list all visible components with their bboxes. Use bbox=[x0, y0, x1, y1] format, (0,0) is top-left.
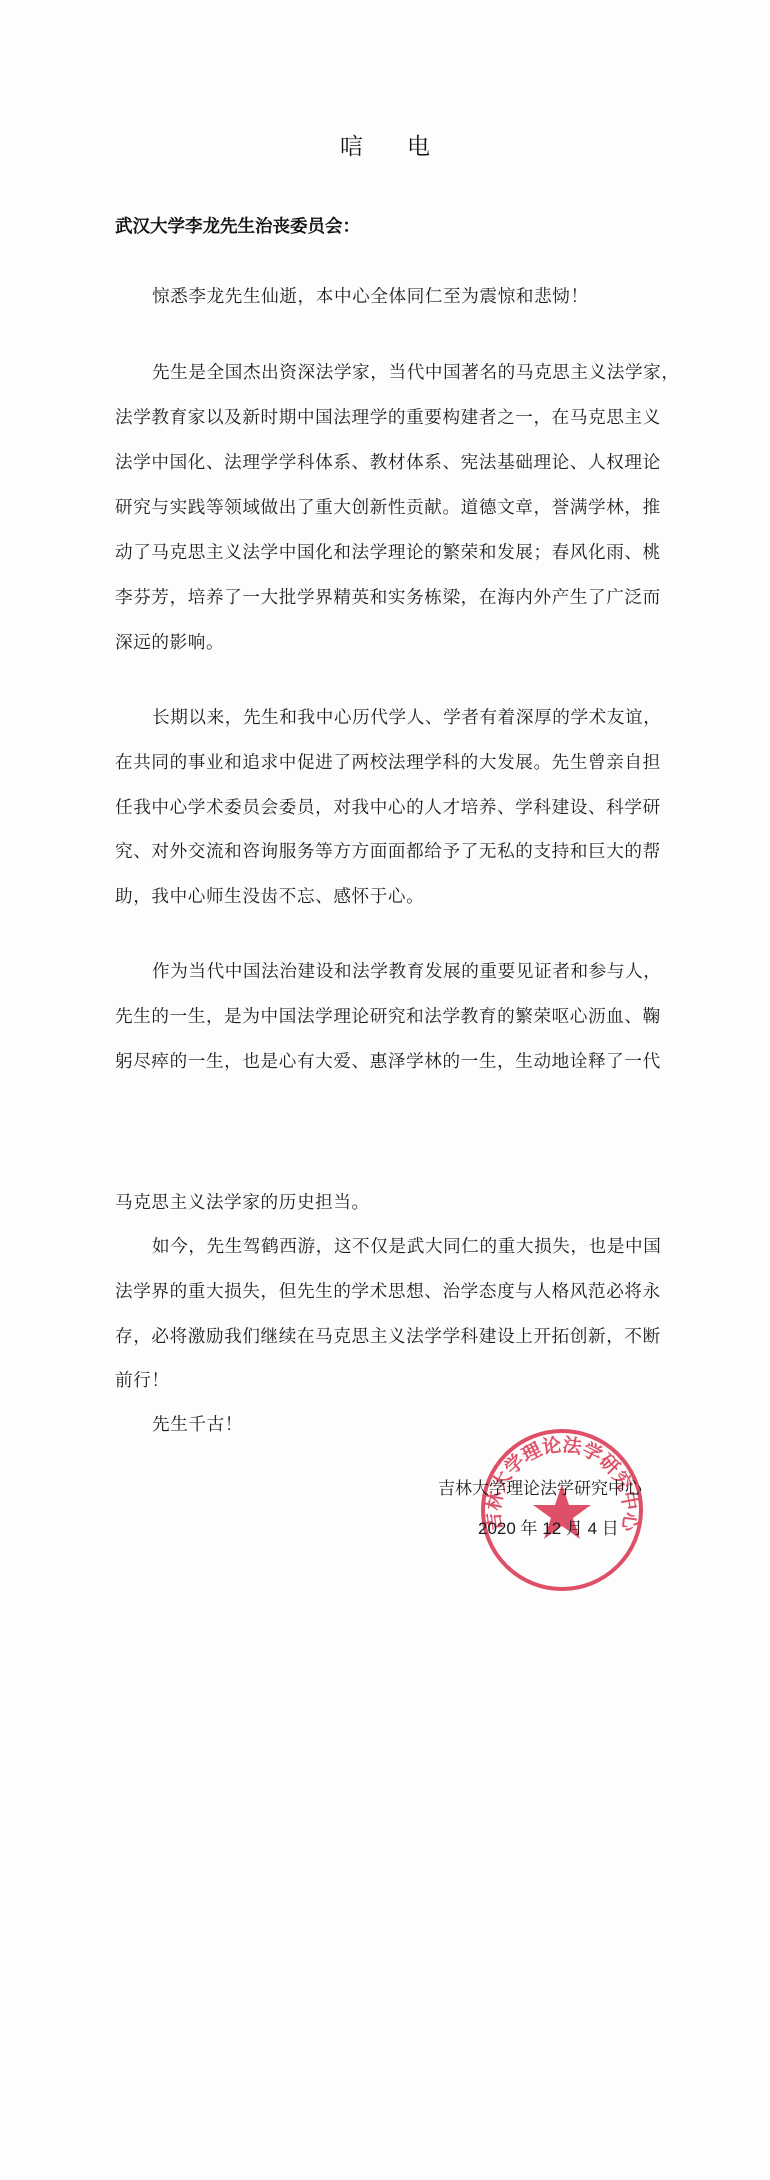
body-text-line: 长期以来，先生和我中心历代学人、学者有着深厚的学术友谊， bbox=[152, 707, 712, 729]
body-text-line: 躬尽瘁的一生，也是心有大爱、惠泽学林的一生，生动地诠释了一代 bbox=[115, 1051, 675, 1073]
condolence-letter-page: 唁电 武汉大学李龙先生治丧委员会： 惊悉李龙先生仙逝，本中心全体同仁至为震惊和悲… bbox=[0, 0, 770, 2180]
salutation: 武汉大学李龙先生治丧委员会： bbox=[115, 213, 360, 238]
body-text-line: 法学教育家以及新时期中国法理学的重要构建者之一，在马克思主义 bbox=[115, 407, 675, 429]
body-text-line: 究、对外交流和咨询服务等方方面面都给予了无私的支持和巨大的帮 bbox=[115, 841, 675, 863]
body-text-line: 法学界的重大损失，但先生的学术思想、治学态度与人格风范必将永 bbox=[115, 1281, 675, 1303]
body-text-line: 研究与实践等领域做出了重大创新性贡献。道德文章，誉满学林，推 bbox=[115, 497, 675, 519]
signature-organization: 吉林大学理论法学研究中心 bbox=[438, 1478, 642, 1500]
body-text-line: 作为当代中国法治建设和法学教育发展的重要见证者和参与人， bbox=[152, 961, 712, 983]
body-text-line: 任我中心学术委员会委员，对我中心的人才培养、学科建设、科学研 bbox=[115, 797, 675, 819]
body-text-line: 先生是全国杰出资深法学家，当代中国著名的马克思主义法学家， bbox=[152, 362, 712, 384]
body-text-line: 李芬芳，培养了一大批学界精英和实务栋梁，在海内外产生了广泛而 bbox=[115, 587, 675, 609]
body-text-line: 法学中国化、法理学学科体系、教材体系、宪法基础理论、人权理论 bbox=[115, 452, 675, 474]
body-text-line: 助，我中心师生没齿不忘、感怀于心。 bbox=[115, 886, 675, 908]
signature-date: 2020 年 12 月 4 日 bbox=[478, 1518, 619, 1540]
body-text-line: 深远的影响。 bbox=[115, 632, 675, 654]
body-text-line: 存，必将激励我们继续在马克思主义法学学科建设上开拓创新，不断 bbox=[115, 1326, 675, 1348]
body-text-line: 先生的一生，是为中国法学理论研究和法学教育的繁荣呕心沥血、鞠 bbox=[115, 1006, 675, 1028]
body-text-line: 惊悉李龙先生仙逝，本中心全体同仁至为震惊和悲恸！ bbox=[152, 286, 712, 308]
body-text-line: 如今，先生驾鹤西游，这不仅是武大同仁的重大损失，也是中国 bbox=[152, 1236, 712, 1258]
official-seal-icon: 吉林大学理论法学研究中心 bbox=[478, 1426, 646, 1594]
body-text-line: 前行！ bbox=[115, 1370, 675, 1392]
body-text-line: 动了马克思主义法学中国化和法学理论的繁荣和发展；春风化雨、桃 bbox=[115, 542, 675, 564]
document-title: 唁电 bbox=[0, 128, 770, 161]
body-text-line: 马克思主义法学家的历史担当。 bbox=[115, 1192, 675, 1214]
body-text-line: 在共同的事业和追求中促进了两校法理学科的大发展。先生曾亲自担 bbox=[115, 752, 675, 774]
